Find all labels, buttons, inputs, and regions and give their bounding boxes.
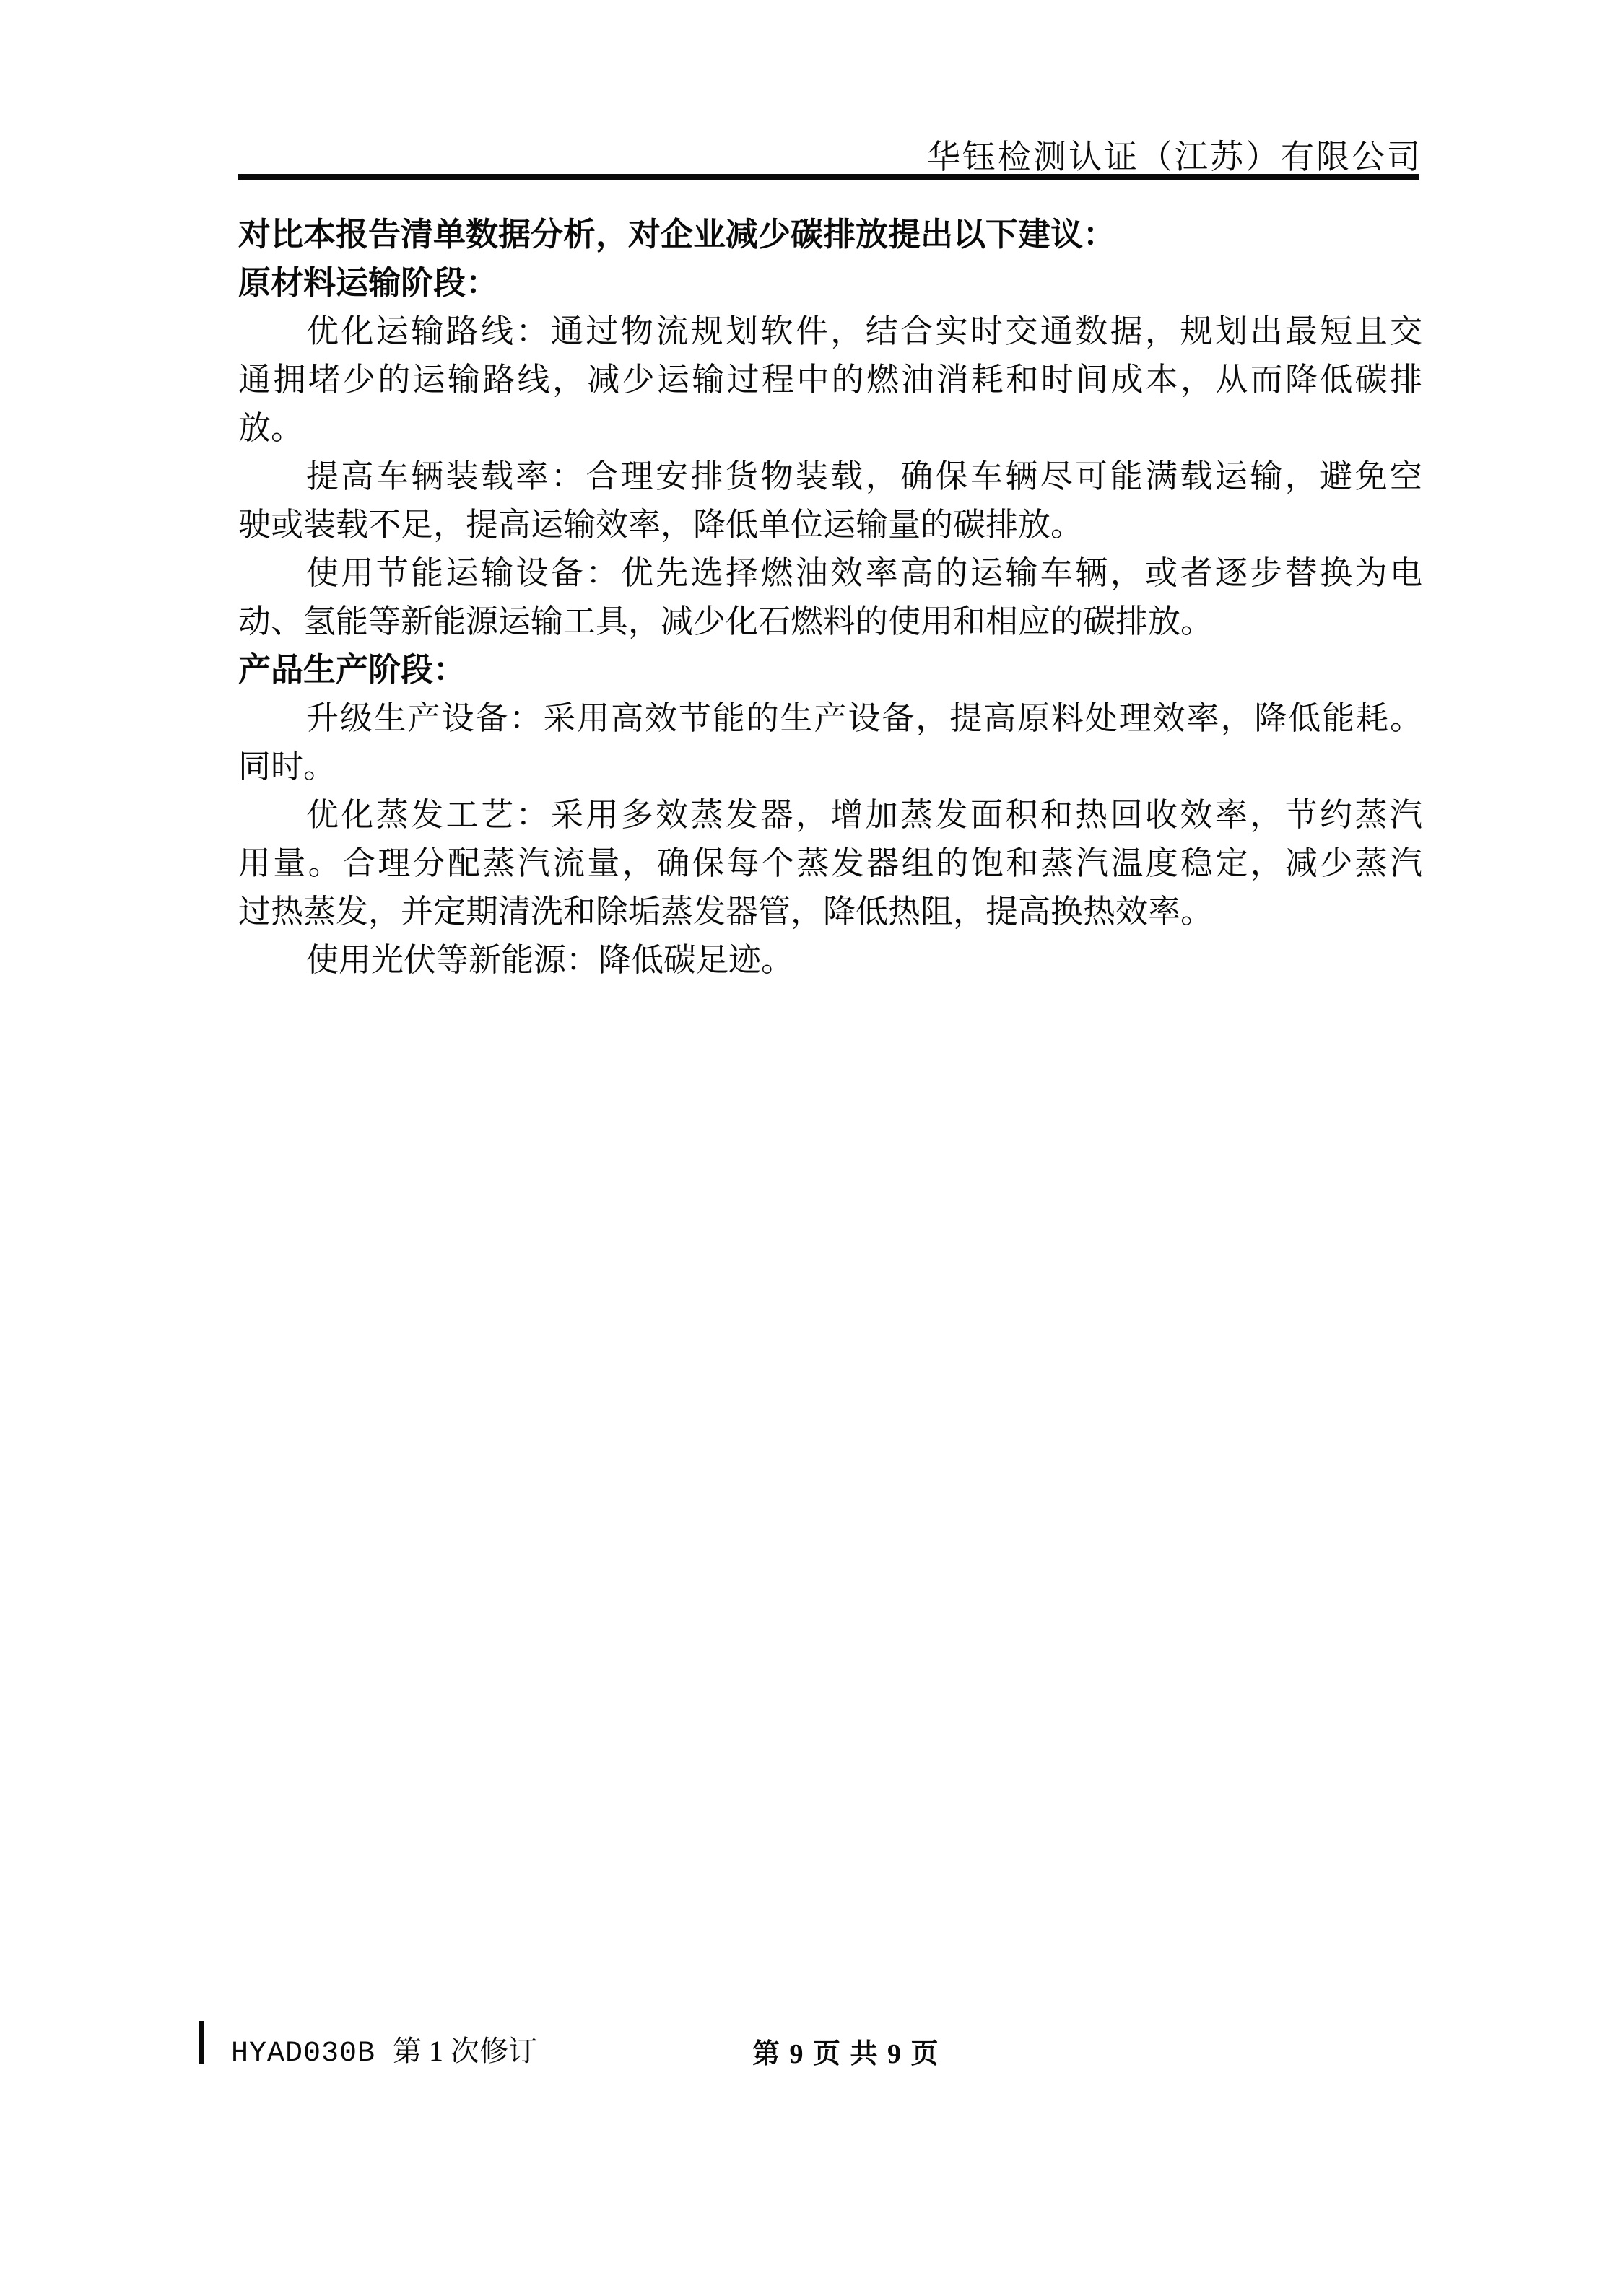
text-line: 使用节能运输设备：优先选择燃油效率高的运输车辆，或者逐步替换为电: [238, 549, 1422, 598]
text-line: 同时。: [238, 743, 1422, 791]
text-line: 使用光伏等新能源：降低碳足迹。: [238, 936, 1422, 985]
text-line: 优化蒸发工艺：采用多效蒸发器，增加蒸发面积和热回收效率，节约蒸汽: [238, 791, 1422, 839]
footer-page-number: 第 9 页 共 9 页: [752, 2031, 940, 2071]
section-heading: 产品生产阶段：: [238, 646, 1422, 694]
paragraph: 升级生产设备：采用高效节能的生产设备，提高原料处理效率，降低能耗。同时。: [238, 694, 1422, 791]
text-line: 动、氢能等新能源运输工具，减少化石燃料的使用和相应的碳排放。: [238, 598, 1422, 646]
text-line: 优化运输路线：通过物流规划软件，结合实时交通数据，规划出最短且交: [238, 307, 1422, 356]
paragraph: 提高车辆装载率：合理安排货物装载，确保车辆尽可能满载运输，避免空驶或装载不足，提…: [238, 453, 1422, 549]
paragraph: 使用节能运输设备：优先选择燃油效率高的运输车辆，或者逐步替换为电动、氢能等新能源…: [238, 549, 1422, 646]
text-line: 对比本报告清单数据分析，对企业减少碳排放提出以下建议：: [238, 211, 1422, 259]
text-line: 放。: [238, 404, 1422, 453]
text-line: 原材料运输阶段：: [238, 259, 1422, 307]
document-page: 华钰检测认证（江苏）有限公司 对比本报告清单数据分析，对企业减少碳排放提出以下建…: [0, 0, 1623, 2296]
text-line: 升级生产设备：采用高效节能的生产设备，提高原料处理效率，降低能耗。: [238, 694, 1422, 743]
text-line: 通拥堵少的运输路线，减少运输过程中的燃油消耗和时间成本，从而降低碳排: [238, 356, 1422, 404]
text-line: 提高车辆装载率：合理安排货物装载，确保车辆尽可能满载运输，避免空: [238, 453, 1422, 501]
text-line: 用量。合理分配蒸汽流量，确保每个蒸发器组的饱和蒸汽温度稳定，减少蒸汽: [238, 839, 1422, 888]
section-heading: 原材料运输阶段：: [238, 259, 1422, 307]
footer-left: HYAD030B 第 1 次修订: [231, 2028, 537, 2070]
header-company-name: 华钰检测认证（江苏）有限公司: [927, 131, 1422, 178]
intro-sentence: 对比本报告清单数据分析，对企业减少碳排放提出以下建议：: [238, 211, 1422, 259]
header-double-rule: [238, 174, 1419, 180]
text-line: 过热蒸发，并定期清洗和除垢蒸发器管，降低热阻，提高换热效率。: [238, 888, 1422, 936]
document-body: 对比本报告清单数据分析，对企业减少碳排放提出以下建议：原材料运输阶段：优化运输路…: [238, 211, 1422, 985]
footer-doc-code: HYAD030B: [231, 2038, 375, 2070]
paragraph: 优化运输路线：通过物流规划软件，结合实时交通数据，规划出最短且交通拥堵少的运输路…: [238, 307, 1422, 453]
paragraph: 使用光伏等新能源：降低碳足迹。: [238, 936, 1422, 985]
paragraph: 优化蒸发工艺：采用多效蒸发器，增加蒸发面积和热回收效率，节约蒸汽用量。合理分配蒸…: [238, 791, 1422, 936]
text-line: 驶或装载不足，提高运输效率，降低单位运输量的碳排放。: [238, 501, 1422, 549]
text-line: 产品生产阶段：: [238, 646, 1422, 694]
footer-revision-label: 第 1 次修订: [393, 2035, 537, 2067]
revision-change-bar: [199, 2021, 204, 2064]
